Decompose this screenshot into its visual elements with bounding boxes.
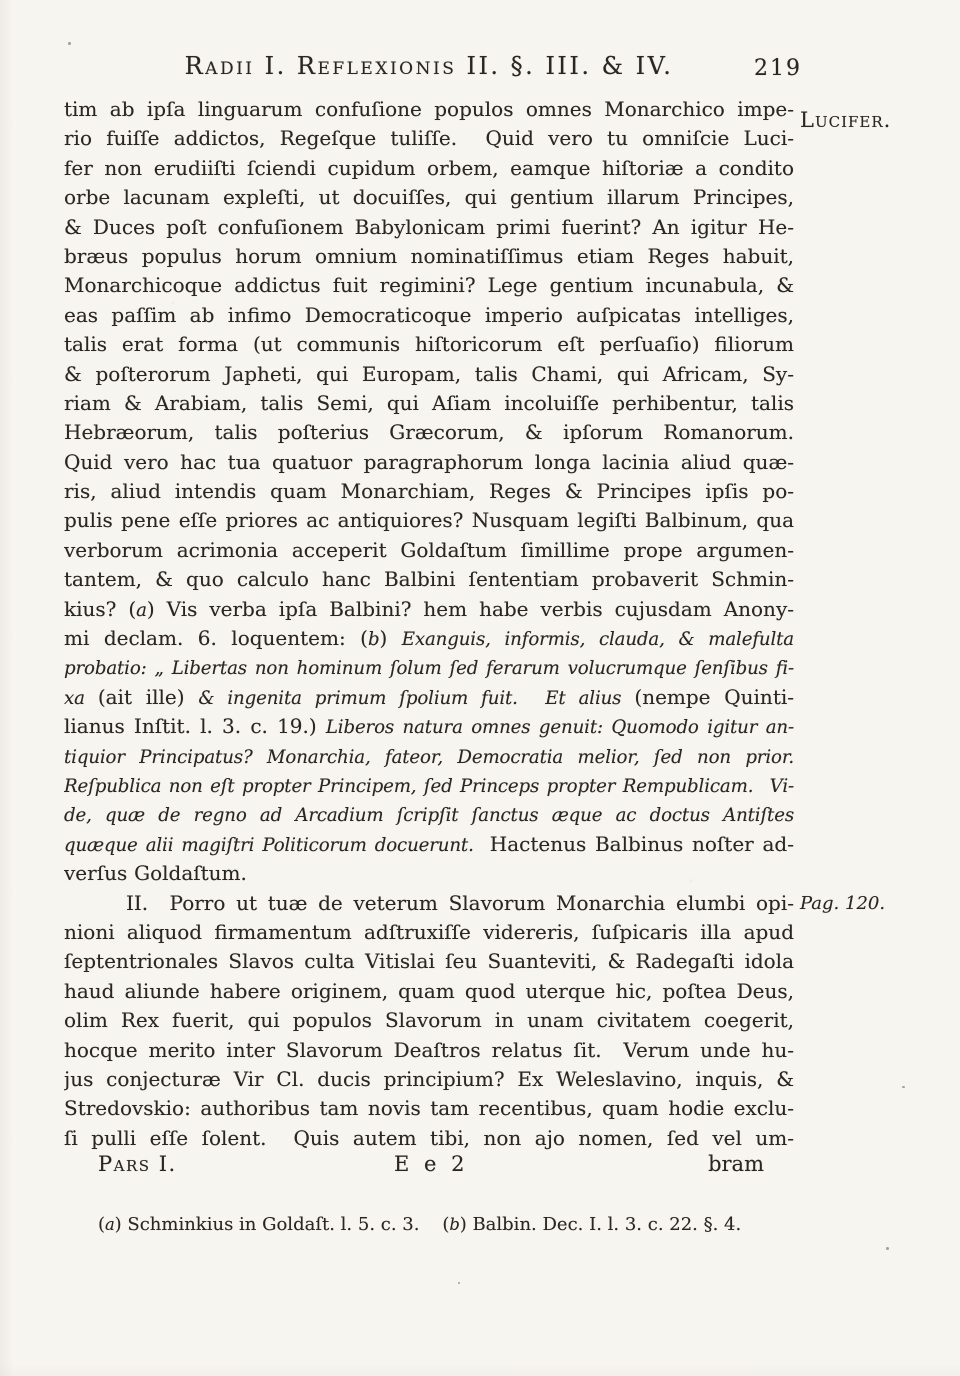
gathering-signature: E e 2 xyxy=(394,1152,468,1176)
text-line: & poſterorum Japheti, qui Europam, talis… xyxy=(64,360,794,389)
italic-text: Exanguis, informis, clauda, & malefulta xyxy=(402,629,794,650)
text-line: & Duces poſt confuſionem Babylonicam pri… xyxy=(64,213,794,242)
text-line: talis erat forma (ut communis hiſtoricor… xyxy=(64,330,794,359)
text-line: kius? (a) Vis verba ipſa Balbini? hem ha… xyxy=(64,595,794,624)
text-line: quæque alii magiſtri Politicorum docueru… xyxy=(64,830,794,859)
body-text: tim ab ipſa linguarum confuſione populos… xyxy=(64,95,794,1153)
italic-text: Reſpublica non eſt propter Principem, ſe… xyxy=(64,776,753,797)
roman-text: mi declam. 6. loquentem: ( xyxy=(64,626,368,650)
text-line: xa (ait ille) & ingenita primum ſpolium … xyxy=(64,683,794,712)
italic-text: a xyxy=(105,1215,115,1234)
text-line: probatio: „ Libertas non hominum ſolum ſ… xyxy=(64,653,794,682)
roman-text: Monarchicoque addictus fuit regimini? Le… xyxy=(64,273,794,297)
text-line: rio fuiſſe addictos, Regeſque tuliſſe. Q… xyxy=(64,124,794,153)
text-line: ris, aliud intendis quam Monarchiam, Reg… xyxy=(64,477,794,506)
text-line: hocque merito inter Slavorum Deaſtros re… xyxy=(64,1036,794,1065)
roman-text: eas paſſim ab infimo Democraticoque impe… xyxy=(64,303,794,327)
roman-text: ) xyxy=(379,626,401,650)
roman-text: (nempe Quinti- xyxy=(634,685,794,709)
italic-text: xa xyxy=(64,688,98,709)
running-header: Radii I. Reflexionis II. §. III. & IV. 2… xyxy=(64,52,794,86)
roman-text: ſi pulli eſſe ſolent. Quis autem tibi, n… xyxy=(64,1126,794,1150)
italic-text: Vi- xyxy=(770,776,794,797)
text-line: Quid vero hac tua quatuor paragraphorum … xyxy=(64,448,794,477)
text-line: Hebræorum, talis poſterius Græcorum, & i… xyxy=(64,418,794,447)
roman-text: verſus Goldaſtum. xyxy=(64,861,247,885)
header-title: Radii I. Reflexionis II. §. III. & IV. xyxy=(64,52,794,80)
text-line: tiquior Principatus? Monarchia, fateor, … xyxy=(64,742,794,771)
roman-text: talis erat forma (ut communis hiſtoricor… xyxy=(64,332,794,356)
text-line: bræus populus horum omnium nominatiſſimu… xyxy=(64,242,794,271)
scan-speck xyxy=(68,42,71,45)
italic-text: probatio: „ Libertas non hominum ſolum ſ… xyxy=(64,658,794,679)
italic-text: b xyxy=(449,1215,459,1234)
text-line: jus conjecturæ Vir Cl. ducis principium?… xyxy=(64,1065,794,1094)
italic-text: a xyxy=(136,600,147,621)
roman-text: hocque merito inter Slavorum Deaſtros re… xyxy=(64,1038,794,1062)
text-line: ſeptentrionales Slavos culta Vitislai ſe… xyxy=(64,947,794,976)
italic-text: quæque alii magiſtri Politicorum docueru… xyxy=(64,835,490,856)
roman-text xyxy=(518,685,546,709)
roman-text: nioni aliquod firmamentum adſtruxiſſe vi… xyxy=(64,920,794,944)
text-line: verborum acrimonia acceperit Goldaſtum ſ… xyxy=(64,536,794,565)
roman-text: pulis pene eſſe priores ac antiquiores? … xyxy=(64,508,794,532)
text-line: orbe lacunam expleſti, ut docuiſſes, qui… xyxy=(64,183,794,212)
roman-text: haud aliunde habere originem, quam quod … xyxy=(64,979,794,1003)
footnote: (a) Schminkius in Goldaſt. l. 5. c. 3. (… xyxy=(98,1212,778,1238)
italic-text: & ingenita primum ſpolium fuit. xyxy=(198,688,517,709)
roman-text: ris, aliud intendis quam Monarchiam, Reg… xyxy=(64,479,794,503)
text-line: II. Porro ut tuæ de veterum Slavorum Mon… xyxy=(64,889,794,918)
scan-speck xyxy=(902,1086,905,1088)
text-line: tantem, & quo calculo hanc Balbini ſente… xyxy=(64,565,794,594)
italic-text: tiquior Principatus? Monarchia, fateor, … xyxy=(64,747,794,768)
roman-text xyxy=(753,773,769,797)
text-line: Reſpublica non eſt propter Principem, ſe… xyxy=(64,771,794,800)
roman-text: olim Rex fuerit, qui populos Slavorum in… xyxy=(64,1008,794,1032)
scan-speck xyxy=(458,1282,460,1284)
text-line: olim Rex fuerit, qui populos Slavorum in… xyxy=(64,1006,794,1035)
margin-note-lucifer: Lucifer. xyxy=(800,108,950,132)
roman-text: jus conjecturæ Vir Cl. ducis principium?… xyxy=(64,1067,794,1091)
page-number: 219 xyxy=(754,56,802,81)
part-signature: Pars I. xyxy=(98,1152,177,1176)
roman-text: Stredovskio: authoribus tam novis tam re… xyxy=(64,1096,794,1120)
roman-text: (ait ille) xyxy=(98,685,198,709)
roman-text: Quid vero hac tua quatuor paragraphorum … xyxy=(64,450,794,474)
roman-text: ) Vis verba ipſa Balbini? hem habe verbi… xyxy=(147,597,794,621)
text-line: Stredovskio: authoribus tam novis tam re… xyxy=(64,1094,794,1123)
roman-text: lianus Inſtit. l. 3. c. 19.) xyxy=(64,714,326,738)
book-page: Radii I. Reflexionis II. §. III. & IV. 2… xyxy=(0,0,960,1376)
roman-text: ſeptentrionales Slavos culta Vitislai ſe… xyxy=(64,949,794,973)
roman-text: II. Porro ut tuæ de veterum Slavorum Mon… xyxy=(126,891,794,915)
roman-text: fer non erudiiſti ſciendi cupidum orbem,… xyxy=(64,156,794,180)
roman-text: bræus populus horum omnium nominatiſſimu… xyxy=(64,244,794,268)
text-line: mi declam. 6. loquentem: (b) Exanguis, i… xyxy=(64,624,794,653)
text-line: lianus Inſtit. l. 3. c. 19.) Liberos nat… xyxy=(64,712,794,741)
roman-text: riam & Arabiam, talis Semi, qui Aſiam in… xyxy=(64,391,794,415)
text-line: haud aliunde habere originem, quam quod … xyxy=(64,977,794,1006)
roman-text: ) Schminkius in Goldaſt. l. 5. c. 3. ( xyxy=(115,1214,450,1235)
roman-text: orbe lacunam expleſti, ut docuiſſes, qui… xyxy=(64,185,794,209)
text-line: Monarchicoque addictus fuit regimini? Le… xyxy=(64,271,794,300)
catchword: bram xyxy=(708,1152,764,1176)
text-line: eas paſſim ab infimo Democraticoque impe… xyxy=(64,301,794,330)
scan-speck xyxy=(886,1247,889,1250)
italic-text: Et alius xyxy=(545,688,634,709)
roman-text: & poſterorum Japheti, qui Europam, talis… xyxy=(64,362,794,386)
roman-text: ( xyxy=(98,1214,105,1235)
italic-text: b xyxy=(368,629,380,650)
text-line: de, quæ de regno ad Arcadium ſcripſit ſa… xyxy=(64,800,794,829)
roman-text: ) Balbin. Dec. I. l. 3. c. 22. §. 4. xyxy=(460,1214,742,1235)
text-line: tim ab ipſa linguarum confuſione populos… xyxy=(64,95,794,124)
margin-note-pag: Pag. 120. xyxy=(800,893,950,914)
text-line: ſi pulli eſſe ſolent. Quis autem tibi, n… xyxy=(64,1124,794,1153)
text-line: fer non erudiiſti ſciendi cupidum orbem,… xyxy=(64,154,794,183)
text-line: pulis pene eſſe priores ac antiquiores? … xyxy=(64,506,794,535)
roman-text: tantem, & quo calculo hanc Balbini ſente… xyxy=(64,567,794,591)
roman-text: & Duces poſt confuſionem Babylonicam pri… xyxy=(64,215,794,239)
roman-text: Hactenus Balbinus noſter ad- xyxy=(490,832,794,856)
text-line: verſus Goldaſtum. xyxy=(64,859,794,888)
text-line: riam & Arabiam, talis Semi, qui Aſiam in… xyxy=(64,389,794,418)
roman-text: rio fuiſſe addictos, Regeſque tuliſſe. Q… xyxy=(64,126,794,150)
roman-text: Hebræorum, talis poſterius Græcorum, & i… xyxy=(64,420,794,444)
italic-text: Liberos natura omnes genuit: Quomodo igi… xyxy=(326,717,794,738)
text-line: nioni aliquod firmamentum adſtruxiſſe vi… xyxy=(64,918,794,947)
roman-text: tim ab ipſa linguarum confuſione populos… xyxy=(64,97,794,121)
italic-text: de, quæ de regno ad Arcadium ſcripſit ſa… xyxy=(64,805,794,829)
roman-text: kius? ( xyxy=(64,597,136,621)
roman-text: verborum acrimonia acceperit Goldaſtum ſ… xyxy=(64,538,794,562)
footer-line: Pars I. E e 2 bram xyxy=(64,1152,794,1182)
